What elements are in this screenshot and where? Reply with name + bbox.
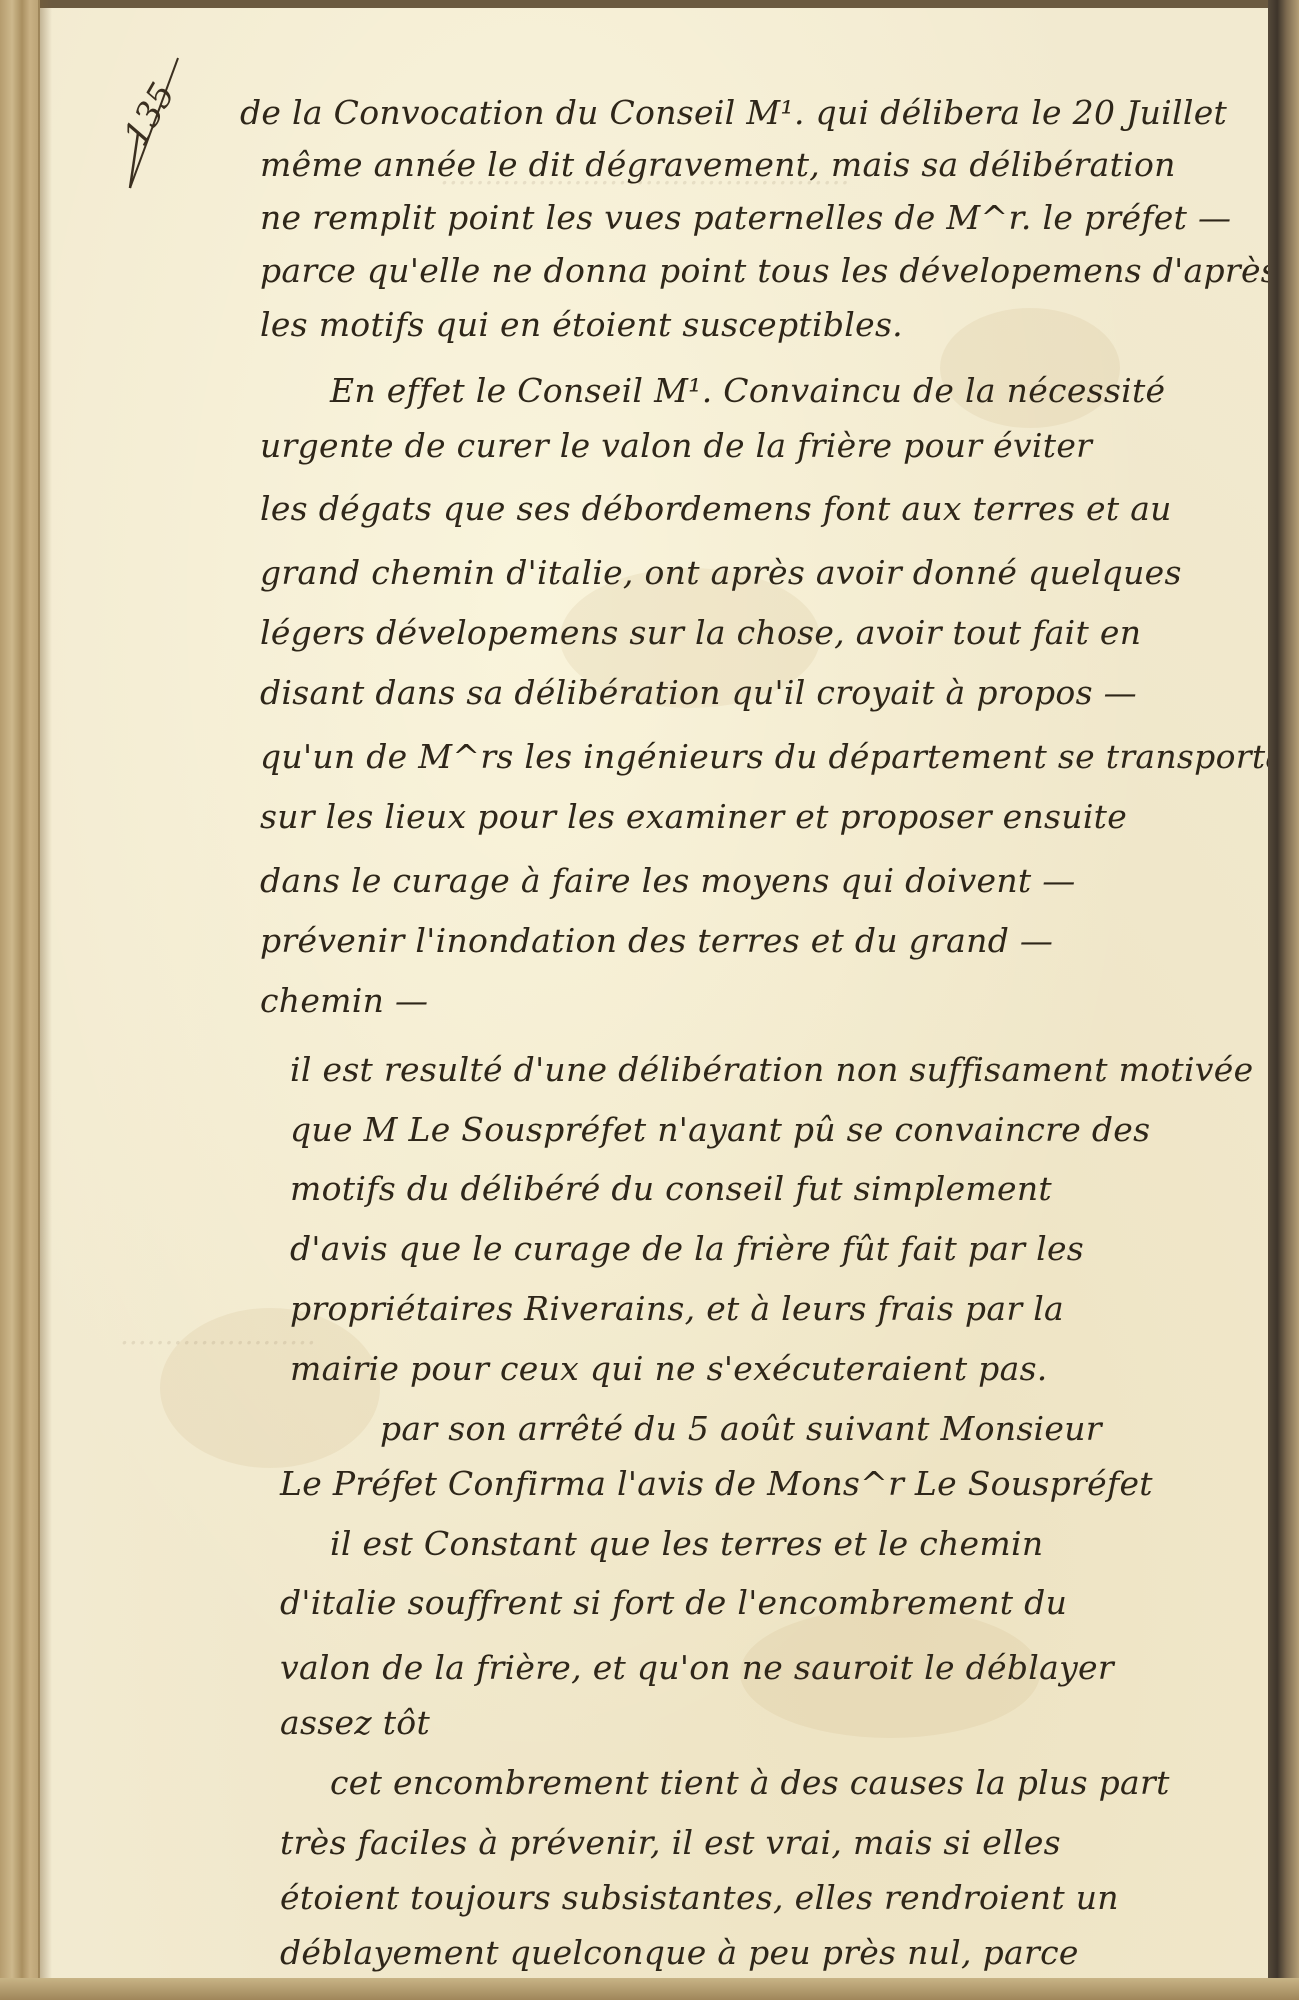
manuscript-line: les dégats que ses débordemens font aux … [260,489,1172,529]
manuscript-line: par son arrêté du 5 août suivant Monsieu… [380,1409,1102,1449]
manuscript-line: chemin — [260,981,428,1021]
book-right-edge [1268,0,1299,2000]
book-bottom-edge [0,1978,1299,2000]
svg-text:135: 135 [116,76,183,152]
manuscript-line: mairie pour ceux qui ne s'exécuteraient … [290,1349,1048,1389]
manuscript-line: valon de la frière, et qu'on ne sauroit … [280,1648,1114,1688]
manuscript-line: déblayement quelconque à peu près nul, p… [280,1933,1079,1973]
manuscript-line: légers dévelopemens sur la chose, avoir … [260,613,1141,653]
manuscript-line: sur les lieux pour les examiner et propo… [260,797,1127,837]
book-binding-gutter [0,0,40,2000]
manuscript-line: il est resulté d'une délibération non su… [290,1050,1253,1090]
manuscript-page: ........................................… [40,8,1268,1993]
manuscript-line: d'avis que le curage de la frière fût fa… [290,1229,1084,1269]
manuscript-line: étoient toujours subsistantes, elles ren… [280,1878,1119,1918]
manuscript-line: les motifs qui en étoient susceptibles. [260,305,903,345]
manuscript-line: parce qu'elle ne donna point tous les dé… [260,251,1278,291]
manuscript-line: qu'un de M^rs les ingénieurs du départem… [260,737,1299,777]
manuscript-line: grand chemin d'italie, ont après avoir d… [260,553,1182,593]
manuscript-line: d'italie souffrent si fort de l'encombre… [280,1583,1067,1623]
manuscript-line: dans le curage à faire les moyens qui do… [260,861,1076,901]
manuscript-scan: ........................................… [0,0,1299,2000]
manuscript-line: très faciles à prévenir, il est vrai, ma… [280,1823,1061,1863]
folio-number: 135 [108,48,198,188]
manuscript-line: même année le dit dégravement, mais sa d… [260,145,1176,185]
gutter-shadow [38,0,52,2000]
folio-slash-mark: 135 [108,48,208,198]
manuscript-line: prévenir l'inondation des terres et du g… [260,921,1053,961]
manuscript-line: ne remplit point les vues paternelles de… [260,198,1231,238]
manuscript-line: cet encombrement tient à des causes la p… [330,1763,1170,1803]
book-top-edge [0,0,1299,8]
manuscript-line: motifs du délibéré du conseil fut simple… [290,1169,1052,1209]
manuscript-line: En effet le Conseil M¹. Convaincu de la … [330,371,1165,411]
manuscript-line: que M Le Souspréfet n'ayant pû se convai… [290,1110,1150,1150]
manuscript-line: il est Constant que les terres et le che… [330,1524,1043,1564]
manuscript-line: propriétaires Riverains, et à leurs frai… [290,1289,1064,1329]
manuscript-line: assez tôt [280,1703,430,1743]
manuscript-line: urgente de curer le valon de la frière p… [260,426,1092,466]
manuscript-line: disant dans sa délibération qu'il croyai… [260,673,1137,713]
manuscript-line: Le Préfet Confirma l'avis de Mons^r Le S… [280,1464,1153,1504]
bleed-through-text: ...................... [120,1318,316,1351]
manuscript-line: de la Convocation du Conseil M¹. qui dél… [240,93,1227,133]
